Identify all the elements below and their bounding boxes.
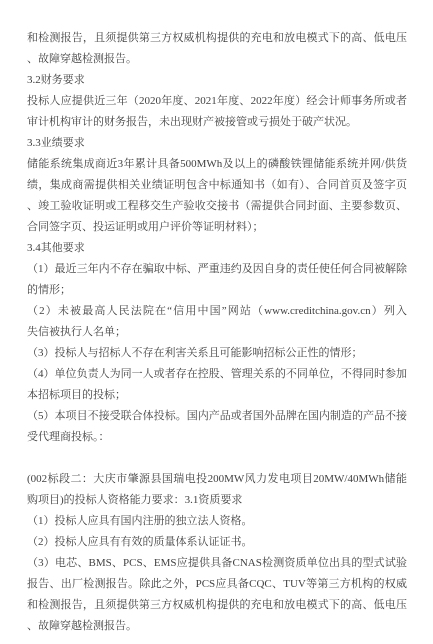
document-line: (002标段二：大庆市肇源县国瑞电投200MW风力发电项目20MW/40MWh储…	[27, 469, 407, 490]
document-line: 报告、出厂检测报告。除此之外，PCS应具备CQC、TUV等第三方机构的权威认证	[27, 574, 407, 595]
document-line: （4）单位负责人为同一人或者存在控股、管理关系的不同单位，不得同时参加	[27, 364, 407, 385]
document-line: （2）未被最高人民法院在“信用中国”网站（www.creditchina.gov…	[27, 301, 407, 322]
document-line: 受代理商投标。：	[27, 427, 407, 448]
document-line: 3.3业绩要求	[27, 133, 407, 154]
document-line: 、故障穿越检测报告。	[27, 616, 407, 637]
document-line: 、竣工验收证明或工程移交生产验收交接书（需提供合同封面、主要参数页、	[27, 196, 407, 217]
document-line: 和检测报告，且须提供第三方权威机构提供的充电和放电模式下的高、低电压	[27, 595, 407, 616]
document-line: 和检测报告，且须提供第三方权威机构提供的充电和放电模式下的高、低电压	[27, 28, 407, 49]
document-blank-line	[27, 448, 407, 469]
document-line: 3.4其他要求	[27, 238, 407, 259]
document-page: 和检测报告，且须提供第三方权威机构提供的充电和放电模式下的高、低电压、故障穿越检…	[0, 0, 433, 644]
document-line: （3）投标人与招标人不存在利害关系且可能影响招标公正性的情形；	[27, 343, 407, 364]
document-line: 、故障穿越检测报告。	[27, 49, 407, 70]
document-text-block: 和检测报告，且须提供第三方权威机构提供的充电和放电模式下的高、低电压、故障穿越检…	[27, 28, 407, 637]
document-line: 审计机构审计的财务报告，未出现财产被接管或亏损处于破产状况。	[27, 112, 407, 133]
document-line: （1）投标人应具有国内注册的独立法人资格。	[27, 511, 407, 532]
document-line: 绩，集成商需提供相关业绩证明包含中标通知书（如有）、合同首页及签字页	[27, 175, 407, 196]
document-line: 合同签字页、投运证明或用户评价等证明材料）；	[27, 217, 407, 238]
document-line: 失信被执行人名单；	[27, 322, 407, 343]
document-line: （2）投标人应具有有效的质量体系认证证书。	[27, 532, 407, 553]
document-line: 储能系统集成商近3年累计具备500MWh及以上的磷酸铁锂储能系统并网/供货业	[27, 154, 407, 175]
document-line: （5）本项目不接受联合体投标。国内产品或者国外品牌在国内制造的产品不接	[27, 406, 407, 427]
document-line: （1）最近三年内不存在骗取中标、严重违约及因自身的责任使任何合同被解除	[27, 259, 407, 280]
document-line: 投标人应提供近三年（2020年度、2021年度、2022年度）经会计师事务所或者	[27, 91, 407, 112]
document-line: 的情形；	[27, 280, 407, 301]
document-line: 本招标项目的投标；	[27, 385, 407, 406]
document-line: 购项目)的投标人资格能力要求：3.1资质要求	[27, 490, 407, 511]
document-line: 3.2财务要求	[27, 70, 407, 91]
document-line: （3）电芯、BMS、PCS、EMS应提供具备CNAS检测资质单位出具的型式试验检…	[27, 553, 407, 574]
